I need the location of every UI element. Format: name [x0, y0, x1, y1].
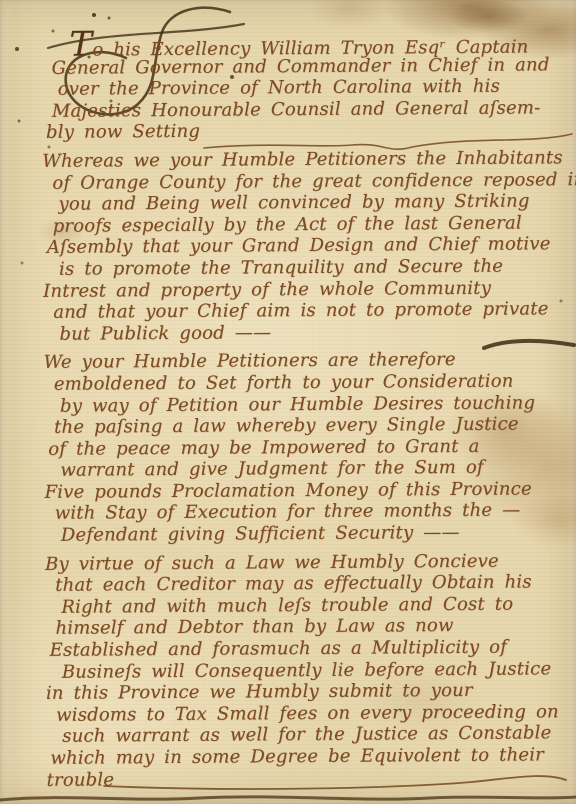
paragraph: To his Excellency William Tryon Esqʳ Cap…	[41, 32, 570, 144]
ink-spatter-dots	[0, 0, 2, 2]
text-line: Defendant giving Sufficient Security ——	[61, 521, 573, 546]
text-line: Established and forasmuch as a Multiplic…	[50, 636, 574, 661]
text-line: with Stay of Execution for three months …	[55, 500, 573, 525]
text-line: emboldened to Set forth to your Consider…	[54, 370, 572, 395]
text-line: To his Excellency William Tryon Esqʳ Cap…	[69, 32, 569, 57]
text-line: bly now Setting	[46, 119, 570, 144]
text-line: Majesties Honourable Counsil and General…	[52, 97, 570, 122]
text-line: but Publick good ——	[59, 320, 571, 345]
document-page: To his Excellency William Tryon Esqʳ Cap…	[0, 0, 576, 804]
paragraph: By virtue of such a Law we Humbly Concie…	[45, 550, 575, 791]
text-line: and that your Chief aim is not to promot…	[53, 298, 571, 323]
paragraph: We your Humble Petitioners are therefore…	[44, 348, 573, 546]
text-line: which may in some Degree be Equivolent t…	[50, 744, 574, 769]
text-line: is to promote the Tranquility and Secure…	[59, 255, 571, 280]
paragraph: Whereas we your Humble Petitioners the I…	[42, 147, 571, 345]
document-text: To his Excellency William Tryon Esqʳ Cap…	[41, 32, 574, 798]
text-line: the paſsing a law whereby every Single J…	[54, 413, 572, 438]
text-line: trouble	[46, 766, 574, 791]
text-line: Right and with much leſs trouble and Cos…	[61, 593, 573, 618]
text-line: Whereas we your Humble Petitioners the I…	[42, 147, 570, 172]
text-line: Busineſs will Consequently lie before ea…	[62, 658, 574, 683]
